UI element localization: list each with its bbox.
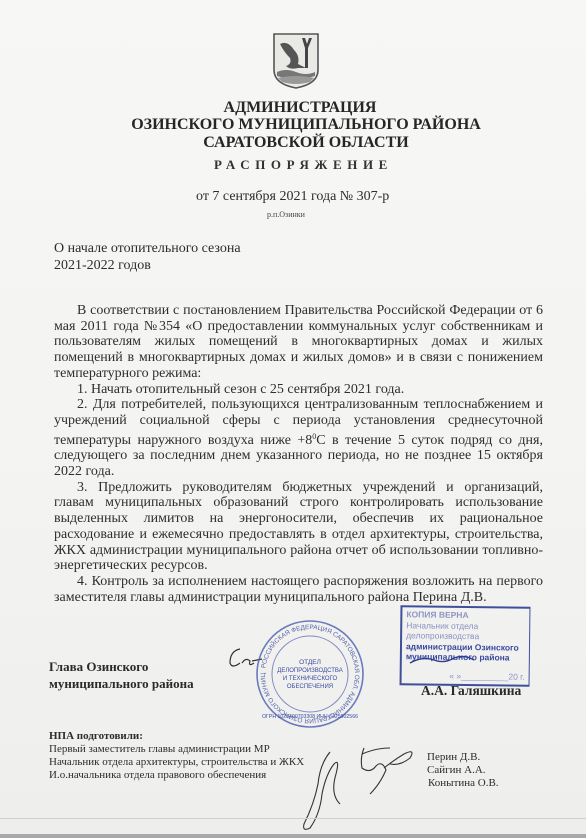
seal-bottom-text: ОГРН 1026400703308 ИНН 6425902566: [262, 714, 358, 720]
preparer-name-1: Перин Д.В.: [427, 751, 499, 764]
seal-inner-4: ОБЕСПЕЧЕНИЯ: [287, 684, 333, 690]
stamp-line-6: « »__________20 г.: [406, 670, 525, 682]
preparer-signatures: [300, 744, 420, 834]
document-date-number: от 7 сентября 2021 года № 307-р: [196, 189, 389, 205]
item-2: 2. Для потребителей, пользующихся центра…: [54, 397, 543, 480]
document-type: РАСПОРЯЖЕНИЕ: [214, 157, 393, 173]
signatory-title-line-2: муниципального района: [49, 675, 194, 692]
stamp-line-1: КОПИЯ ВЕРНА: [406, 609, 525, 621]
subject-line-2: 2021-2022 годов: [54, 257, 241, 274]
preparer-names: Перин Д.В. Сайгин А.А. Конытина О.В.: [427, 751, 499, 790]
document-place: р.п.Озинки: [267, 210, 305, 219]
scanned-document-page: АДМИНИСТРАЦИЯ ОЗИНСКОГО МУНИЦИПАЛЬНОГО Р…: [0, 0, 586, 838]
preparer-name-3: Конытина О.В.: [428, 777, 499, 790]
coat-of-arms-icon: [272, 32, 320, 90]
signatory-name: А.А. Галяшкина: [421, 683, 521, 699]
stamp-signature: [408, 654, 478, 666]
preparer-role-2: Начальник отдела архитектуры, строительс…: [49, 756, 304, 769]
subject-line-1: О начале отопительного сезона: [54, 240, 241, 257]
stamp-line-3: делопроизводства: [406, 630, 525, 642]
prepared-by-heading: НПА подготовили:: [49, 730, 304, 743]
signatory-title-line-1: Глава Озинского: [49, 658, 194, 675]
preamble-paragraph: В соответствии с постановлением Правител…: [54, 303, 543, 382]
document-subject: О начале отопительного сезона 2021-2022 …: [54, 240, 241, 274]
preparer-role-1: Первый заместитель главы администрации М…: [49, 743, 304, 756]
document-body: В соответствии с постановлением Правител…: [54, 303, 543, 605]
round-seal-stamp: РОССИЙСКАЯ ФЕДЕРАЦИЯ САРАТОВСКАЯ ОБЛ. АД…: [254, 618, 366, 730]
prepared-by-section: НПА подготовили: Первый заместитель глав…: [49, 730, 304, 782]
item-1: 1. Начать отопительный сезон с 25 сентяб…: [54, 382, 543, 398]
scan-edge-line: [0, 818, 586, 819]
seal-inner-3: И ТЕХНИЧЕСКОГО: [283, 676, 338, 682]
preparer-name-2: Сайгин А.А.: [427, 764, 499, 777]
header-line-2: ОЗИНСКОГО МУНИЦИПАЛЬНОГО РАЙОНА: [0, 115, 586, 134]
page-bottom-edge: [0, 834, 586, 838]
item-3: 3. Предложить руководителям бюджетных уч…: [54, 480, 543, 574]
seal-inner-1: ОТДЕЛ: [299, 659, 321, 666]
item-4: 4. Контроль за исполнением настоящего ра…: [54, 574, 543, 605]
preparer-role-3: И.о.начальника отдела правового обеспече…: [49, 769, 304, 782]
copy-certified-stamp: КОПИЯ ВЕРНА Начальник отдела делопроизво…: [400, 605, 531, 687]
signatory-title: Глава Озинского муниципального района: [49, 658, 194, 692]
seal-inner-2: ДЕЛОПРОИЗВОДСТВА: [277, 668, 342, 674]
header-line-3: САРАТОВСКОЙ ОБЛАСТИ: [0, 133, 586, 152]
